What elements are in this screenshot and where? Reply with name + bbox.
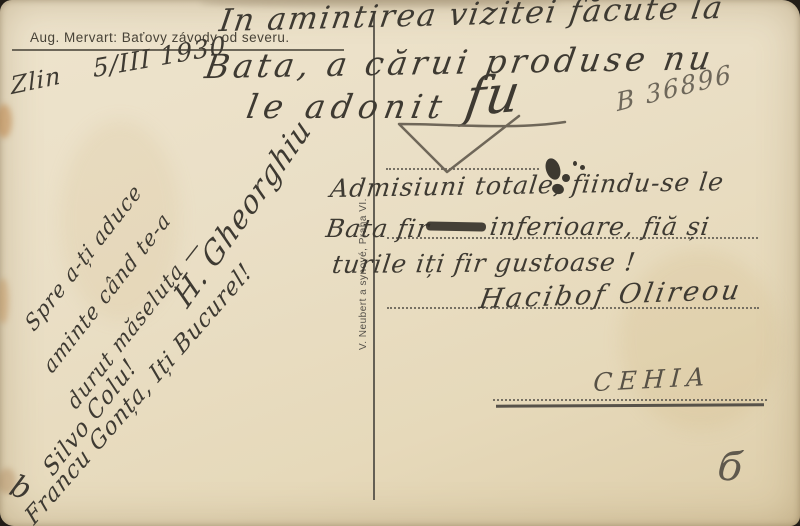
right-message-line-2-end: inferioare, fiă și xyxy=(488,214,711,239)
country-underline xyxy=(496,403,764,407)
right-message-line-1: Admisiuni totale, fiindu-se le xyxy=(329,169,726,201)
paper-stain xyxy=(0,278,9,324)
right-message-line-3: turile iți fir gustoase ! xyxy=(331,249,638,277)
top-message-line-2: Bata, a cărui produse nu xyxy=(203,41,717,83)
top-message-line-1: In amintirea vizitei făcute la xyxy=(217,0,726,37)
corner-pencil-mark: б xyxy=(716,446,745,488)
address-dashed-line-4 xyxy=(493,399,767,401)
place-inscription: Zlin xyxy=(10,63,62,98)
right-message-line-2-start: Bata fir xyxy=(324,216,431,241)
country-inscription: CEHIA xyxy=(593,364,711,395)
crossed-out-word-scribble xyxy=(426,221,486,231)
ink-blot xyxy=(573,161,577,166)
postcard-back: Aug. Mervart: Baťovy závody od severu. V… xyxy=(0,0,800,526)
paper-stain xyxy=(0,104,12,138)
